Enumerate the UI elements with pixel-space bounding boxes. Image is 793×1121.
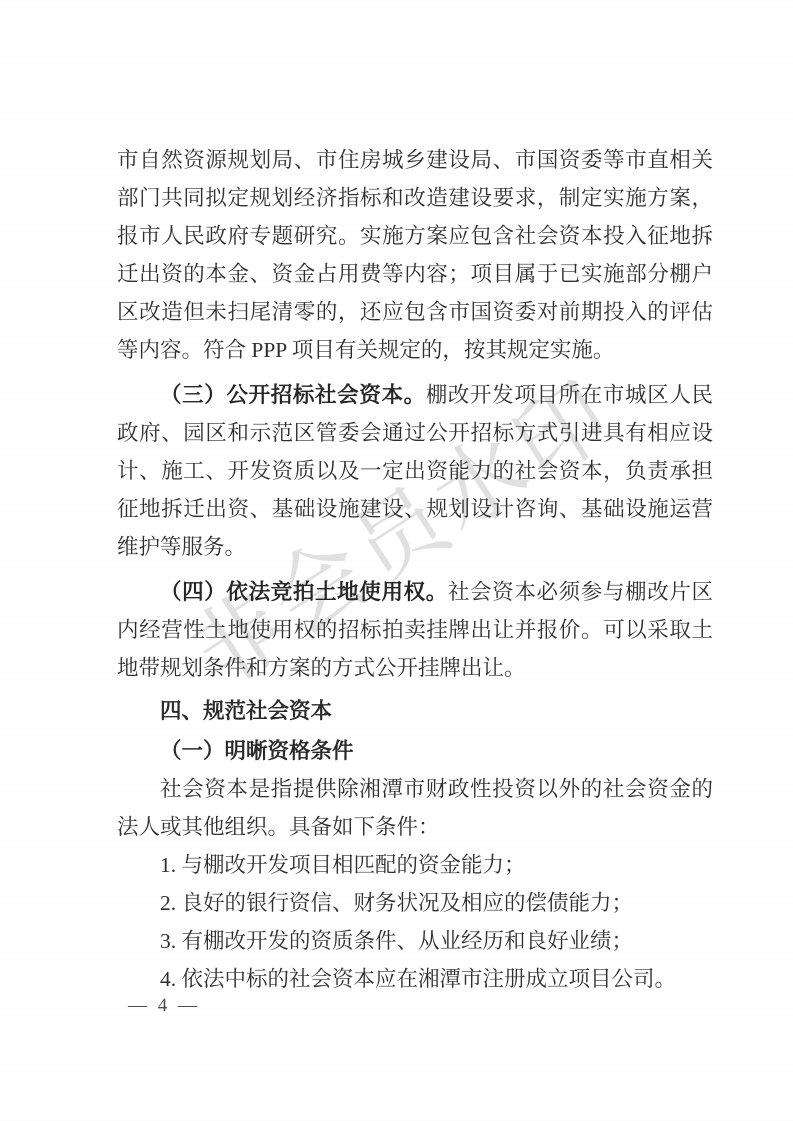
paragraph-item-3-body: 棚改开发项目所在市城区人民政府、园区和示范区管委会通过公开招标方式引进具有相应设… bbox=[117, 383, 713, 559]
paragraph-item-3: （三）公开招标社会资本。棚改开发项目所在市城区人民政府、园区和示范区管委会通过公… bbox=[117, 376, 713, 566]
condition-item-1: 1. 与棚改开发项目相匹配的资金能力； bbox=[117, 846, 713, 884]
condition-item-2: 2. 良好的银行资信、财务状况及相应的偿债能力； bbox=[117, 884, 713, 922]
document-page: 非会员水印 市自然资源规划局、市住房城乡建设局、市国资委等市直相关部门共同拟定规… bbox=[0, 0, 793, 1121]
section-heading: 四、规范社会资本 bbox=[117, 692, 713, 730]
condition-item-3: 3. 有棚改开发的资质条件、从业经历和良好业绩； bbox=[117, 922, 713, 960]
subsection-heading: （一）明晰资格条件 bbox=[117, 732, 713, 770]
paragraph-item-4: （四）依法竞拍土地使用权。社会资本必须参与棚改片区内经营性土地使用权的招标拍卖挂… bbox=[117, 573, 713, 687]
page-number: — 4 — bbox=[128, 994, 200, 1018]
condition-item-4: 4. 依法中标的社会资本应在湘潭市注册成立项目公司。 bbox=[117, 960, 713, 998]
paragraph-item-3-lead: （三）公开招标社会资本。 bbox=[160, 383, 426, 407]
document-body: 市自然资源规划局、市住房城乡建设局、市国资委等市直相关部门共同拟定规划经济指标和… bbox=[117, 141, 713, 998]
paragraph-social-capital-definition: 社会资本是指提供除湘潭市财政性投资以外的社会资金的法人或其他组织。具备如下条件： bbox=[117, 770, 713, 846]
paragraph-continuation: 市自然资源规划局、市住房城乡建设局、市国资委等市直相关部门共同拟定规划经济指标和… bbox=[117, 141, 713, 369]
paragraph-item-4-lead: （四）依法竞拍土地使用权。 bbox=[160, 580, 448, 604]
